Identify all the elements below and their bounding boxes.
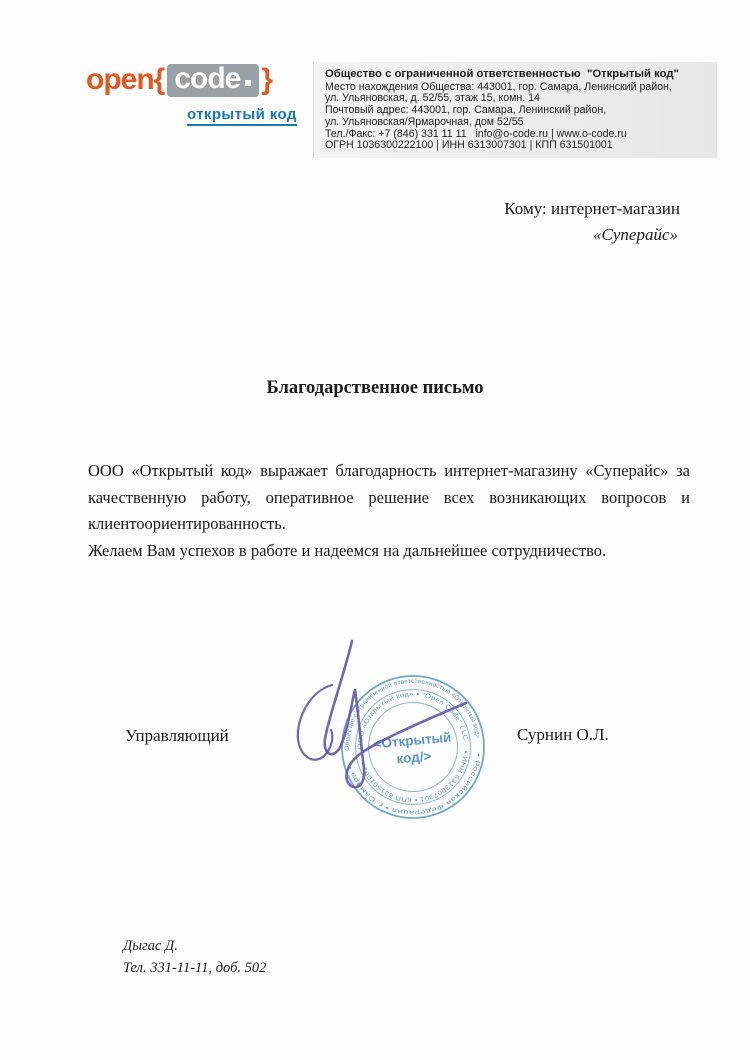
executor-name: Дыгас Д.	[123, 936, 266, 958]
logo-subtitle: открытый код	[187, 106, 297, 126]
company-requisites: Общество с ограниченной ответственностью…	[313, 62, 717, 158]
body-line: ООО «Открытый код» выражает благодарност…	[88, 458, 690, 485]
recipient-block: Кому: интернет-магазин «Суперайс»	[504, 196, 680, 248]
logo-code-box: code	[167, 64, 259, 97]
executor-phone: Тел. 331-11-11, доб. 502	[123, 958, 266, 980]
body-line: Желаем Вам успехов в работе и надеемся н…	[88, 538, 690, 565]
recipient-line: Кому: интернет-магазин	[504, 196, 680, 222]
logo-close-bracket: }	[261, 63, 272, 97]
signer-name: Сурнин О.Л.	[517, 725, 609, 745]
letter-body: ООО «Открытый код» выражает благодарност…	[88, 458, 690, 564]
logo-open-text: open{	[86, 63, 164, 97]
body-line: качественную работу, оперативное решение…	[88, 485, 690, 512]
logo-code-text: code	[174, 64, 240, 94]
company-name: Общество с ограниченной ответственностью…	[325, 69, 709, 81]
company-registration-line: ОГРН 1036300222100 | ИНН 6313007301 | КП…	[325, 140, 709, 152]
logo-wordmark: open{ code }	[86, 64, 316, 96]
handwritten-signature	[288, 633, 488, 808]
signer-position: Управляющий	[125, 726, 229, 746]
company-logo: open{ code } открытый код	[86, 64, 316, 130]
letter-page: open{ code } открытый код Общество с огр…	[0, 0, 750, 1060]
recipient-name: «Суперайс»	[504, 222, 680, 248]
company-postal-line: ул. Ульяновская/Ярмарочная, дом 52/55	[325, 117, 709, 129]
logo-dot-icon	[245, 80, 251, 86]
executor-block: Дыгас Д. Тел. 331-11-11, доб. 502	[123, 936, 266, 979]
body-line: клиентоориентированность.	[88, 511, 690, 538]
letter-title: Благодарственное письмо	[0, 378, 750, 399]
